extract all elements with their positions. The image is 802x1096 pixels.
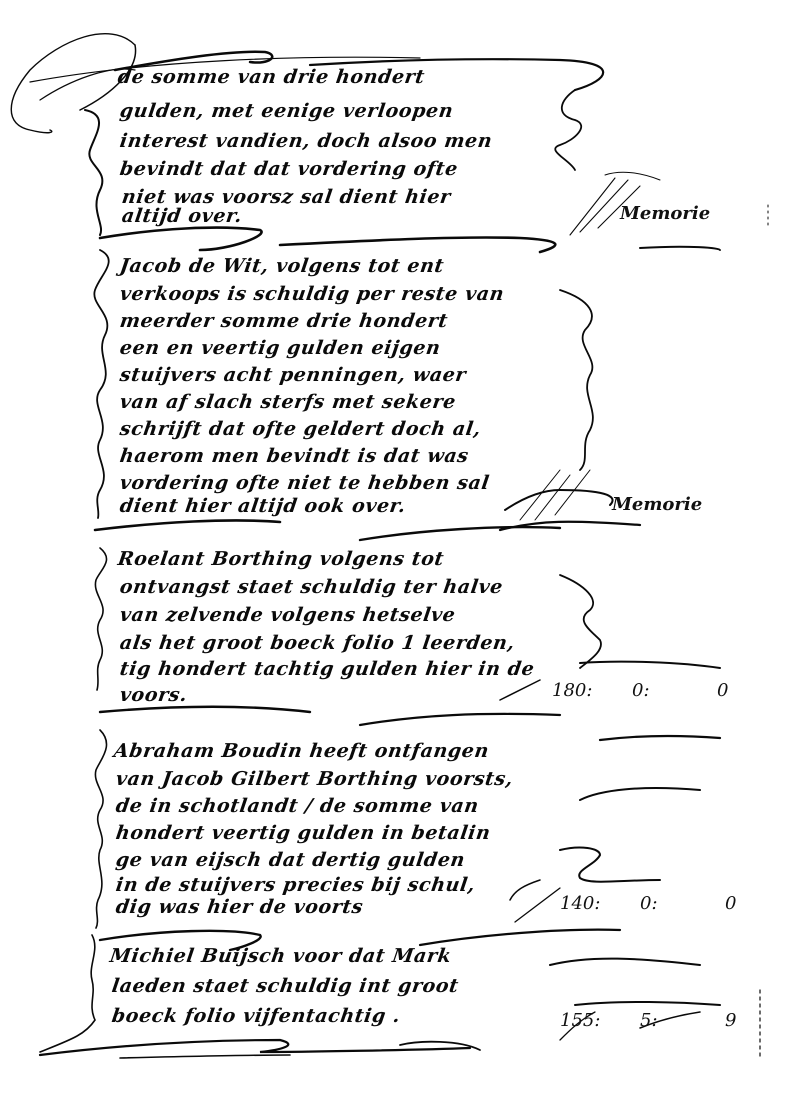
amount-stuivers: 0: (632, 680, 717, 701)
entry-2-line-3: meerder somme drie hondert (118, 310, 449, 332)
entry-5-line-3: boeck folio vijfentachtig . (110, 1005, 401, 1027)
entry-4-line-7: dig was hier de voorts (114, 896, 364, 918)
amount-guilders: 155: (560, 1010, 640, 1031)
entry-3-line-2: ontvangst staet schuldig ter halve (118, 576, 504, 598)
entry-2-line-7: schrijft dat ofte geldert doch al, (118, 418, 482, 440)
entry-1-line-2: gulden, met eenige verloopen (118, 100, 454, 122)
entry-2-line-6: van af slach sterfs met sekere (118, 391, 457, 413)
amount-stuivers: 0: (640, 893, 725, 914)
entry-2-line-2: verkoops is schuldig per reste van (118, 283, 505, 305)
amount-guilders: 180: (552, 680, 632, 701)
entry-1-line-3: interest vandien, doch alsoo men (118, 130, 493, 152)
entry-3-line-5: tig hondert tachtig gulden hier in de (118, 658, 536, 680)
amount-guilders: 140: (560, 893, 640, 914)
entry-3-line-3: van zelvende volgens hetselve (118, 604, 457, 626)
entry-4-line-5: ge van eijsch dat dertig gulden (114, 849, 466, 871)
entry-4-line-1: Abraham Boudin heeft ontfangen (112, 740, 490, 762)
amount-penningen: 0 (717, 680, 757, 701)
amount-penningen: 0 (725, 893, 765, 914)
entry-5-line-2: laeden staet schuldig int groot (110, 975, 460, 997)
entry-4-line-6: in de stuijvers precies bij schul, (114, 874, 476, 896)
entry-2-line-10: dient hier altijd ook over. (118, 495, 407, 517)
entry-4-line-4: hondert veertig gulden in betalin (114, 822, 492, 844)
margin-note-memorie-2: Memorie (612, 494, 702, 515)
entry-2-line-1: Jacob de Wit, volgens tot ent (118, 255, 445, 277)
entry-5-line-1: Michiel Buijsch voor dat Mark (108, 945, 452, 967)
entry-4-amount: 140: 0: 0 (560, 893, 765, 914)
manuscript-page: de somme van drie hondert gulden, met ee… (0, 0, 802, 1096)
entry-2-line-5: stuijvers acht penningen, waer (118, 364, 467, 386)
entry-4-line-3: de in schotlandt / de somme van (114, 795, 480, 817)
entry-3-line-1: Roelant Borthing volgens tot (116, 548, 445, 570)
entry-5-amount: 155: 5: 9 (560, 1010, 765, 1031)
entry-1-line-6: altijd over. (120, 205, 243, 227)
entry-1-line-1: de somme van drie hondert (116, 66, 426, 88)
entry-2-line-4: een en veertig gulden eijgen (118, 337, 442, 359)
amount-stuivers: 5: (640, 1010, 725, 1031)
margin-note-memorie-1: Memorie (620, 203, 710, 224)
amount-penningen: 9 (725, 1010, 765, 1031)
entry-3-amount: 180: 0: 0 (552, 680, 757, 701)
entry-1-line-4: bevindt dat dat vordering ofte (118, 158, 459, 180)
entry-3-line-6: voors. (118, 684, 188, 706)
entry-4-line-2: van Jacob Gilbert Borthing voorsts, (114, 768, 514, 790)
entry-3-line-4: als het groot boeck folio 1 leerden, (118, 632, 516, 654)
entry-2-line-8: haerom men bevindt is dat was (118, 445, 470, 467)
entry-2-line-9: vordering ofte niet te hebben sal (118, 472, 490, 494)
